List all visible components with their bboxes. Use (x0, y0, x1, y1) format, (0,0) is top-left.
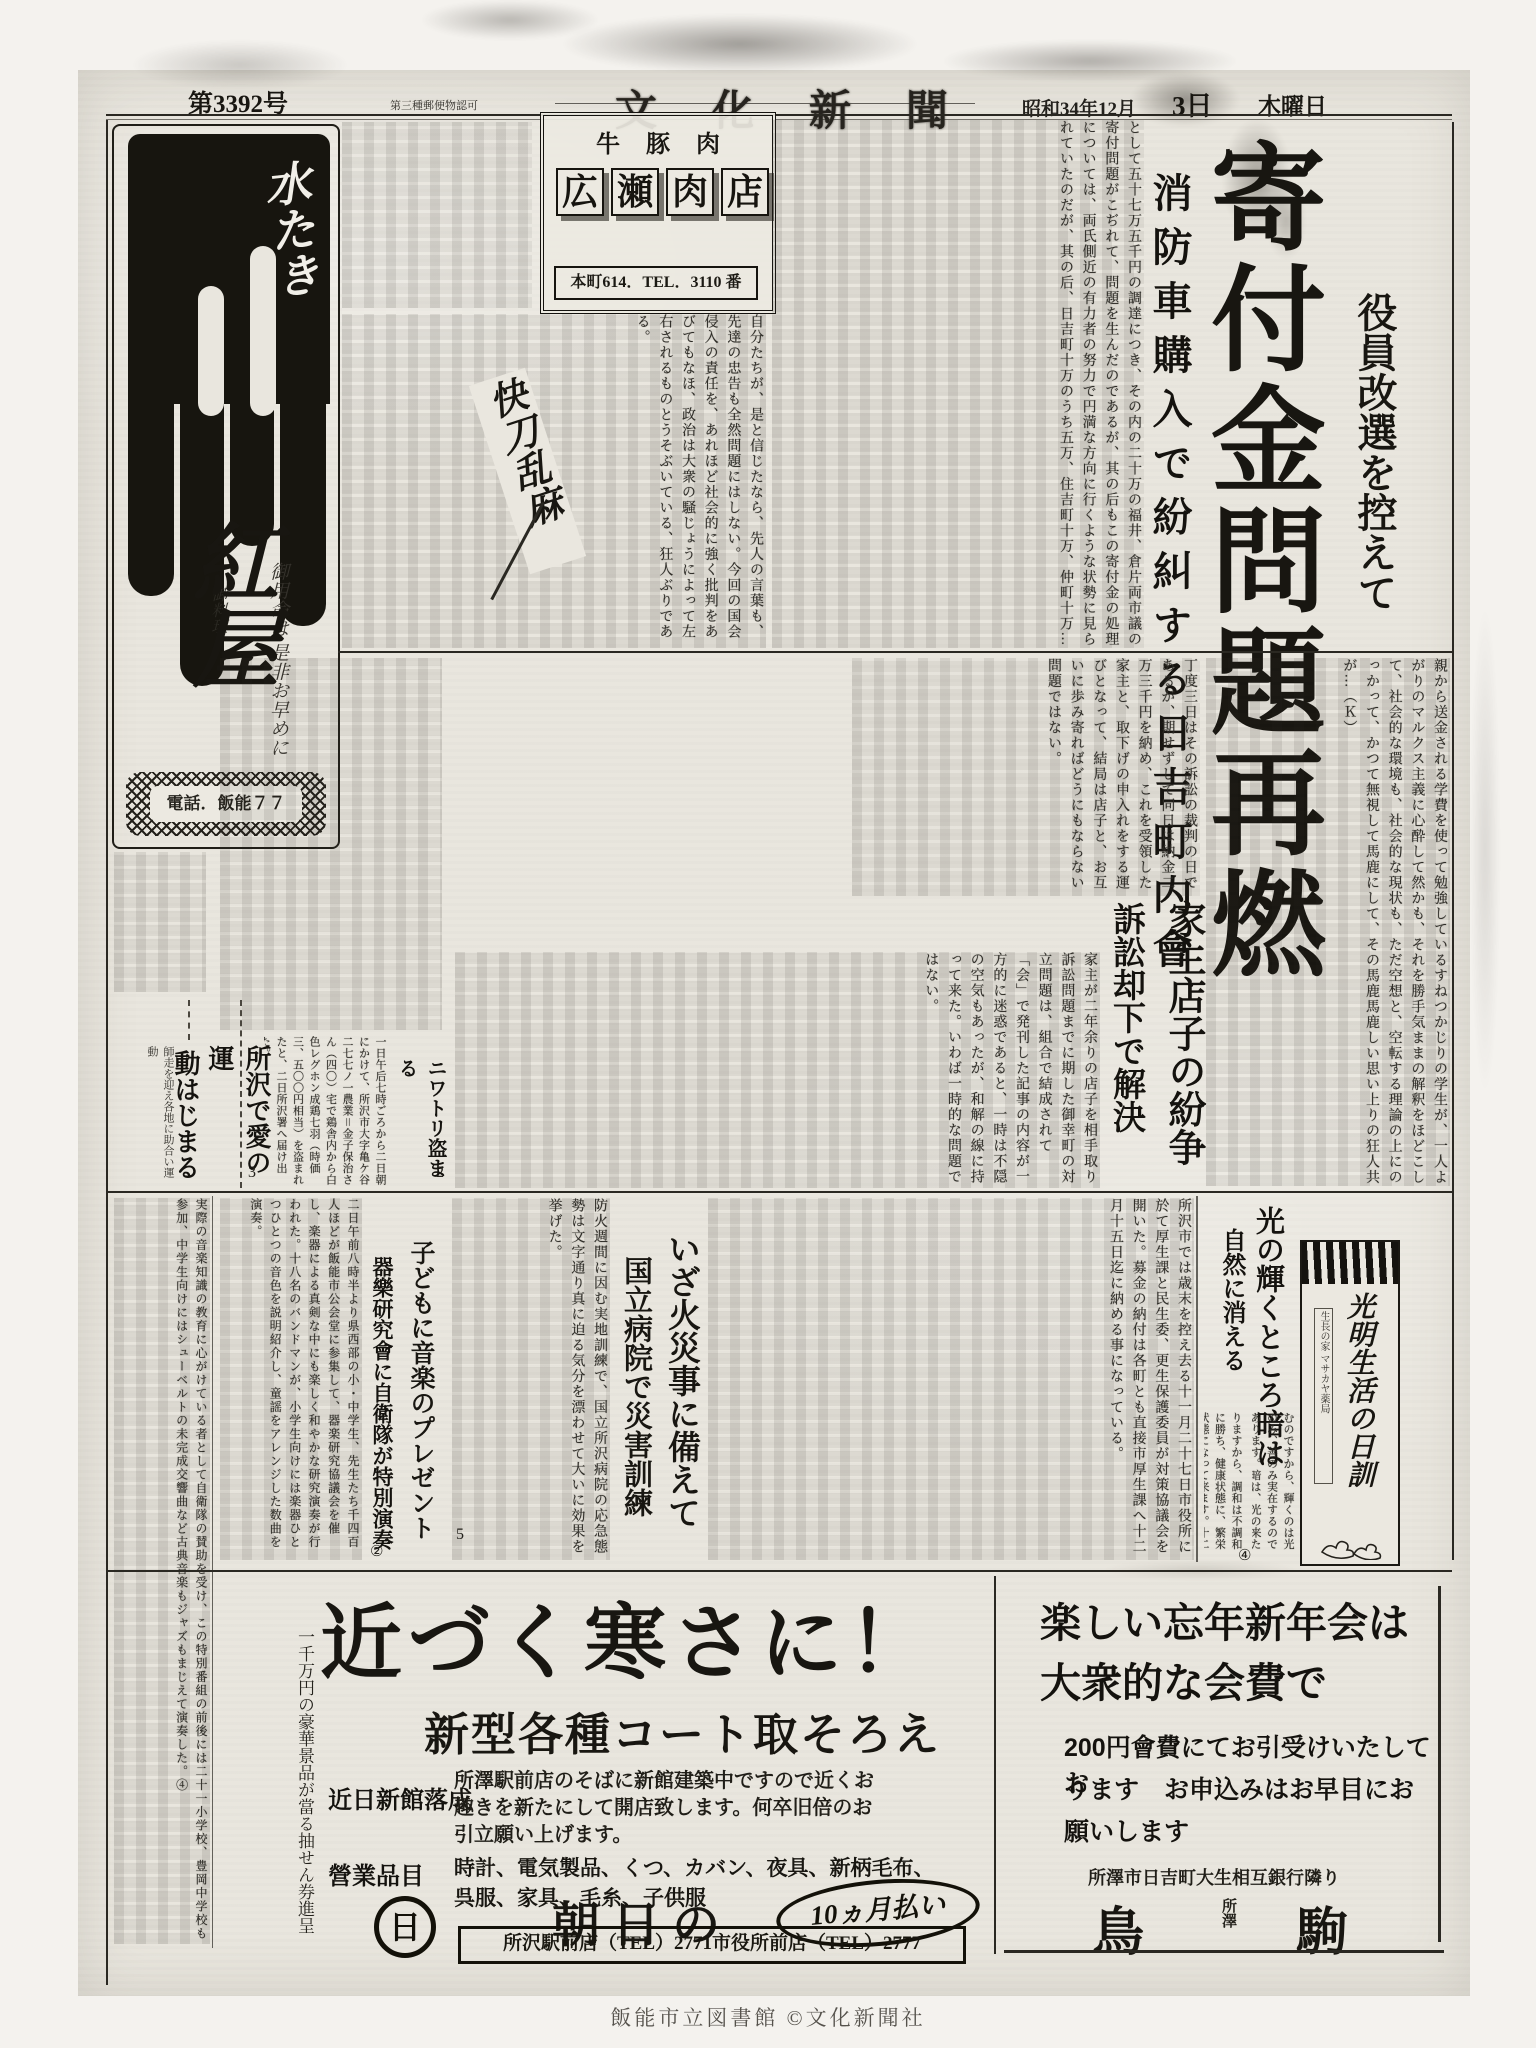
asahi-items-line1: 時計、電気製品、くつ、カバン、夜具、新柄毛布、 (454, 1852, 934, 1882)
hirose-address: 本町614．TEL．3110 番 (554, 266, 758, 300)
aino-column-number: 3 (248, 1164, 256, 1182)
kaji-article-lead: 丁度三日はその訴訟の裁判の日であるが、期せずして同日は納金二万三千円を納め、これ… (852, 658, 1200, 896)
hirose-name: 広瀬肉店 (556, 168, 776, 216)
header-rule (106, 114, 1452, 116)
torikoma-name-right: 駒 (1296, 1890, 1348, 1965)
rule-over-masthead (555, 103, 975, 104)
date-era: 昭和34年12月 (1022, 94, 1136, 121)
asahi-side-note: 一千万円の豪華景品が當る抽せん券進呈 (292, 1628, 317, 1938)
asahi-logo: 日 (374, 1896, 436, 1958)
hikari-body-continued: りますから、調和は不調和に勝ち、健康状態に、繁栄状態になって来ます。十二月一日よ… (1204, 1412, 1244, 1558)
kasai-body: 防火週間に因む実地訓練で、国立所沢病院の応急態勢は文字通り真に迫る気分を漂わせて… (452, 1198, 610, 1560)
aino-dashed-rule (188, 1000, 190, 1040)
unread-text-block (114, 852, 206, 992)
nitikun-ad-title: 光明生活の日訓 (1338, 1292, 1378, 1532)
hirose-name-char: 肉 (666, 168, 714, 216)
asahi-ad: 一千万円の豪華景品が當る抽せん券進呈 近づく寒さに！ 新型各種コート取そろえ 近… (216, 1576, 990, 1960)
editorial-body-continued: 親から送金される学費を使って勉強しているすねつかじりの学生が、一人よがりのマルク… (1206, 658, 1450, 1186)
benya-drip-hole (198, 286, 224, 416)
postal-permit-label: 第三種郵便物認可 (390, 97, 478, 113)
ads-band-rule (106, 1570, 1452, 1572)
asahi-headline: 近づく寒さに！ (320, 1578, 936, 1695)
lead-article-body: として五十七万五千円の調達につき、その内の二十万の福井、倉片両市議の寄付問題がこ… (772, 120, 1144, 648)
ducks-illustration (1314, 1534, 1384, 1560)
niwatori-body: 一日午后七時ごろから二日朝にかけて、所沢市大字亀ケ谷二七七ノ一農業＝金子保治さん… (264, 1036, 388, 1190)
aino-dashed-rule (240, 1000, 242, 1188)
asahi-stores: 所沢駅前店（TEL）2771市役所前店（TEL）2777 (458, 1926, 966, 1964)
scan-smudge (1470, 600, 1500, 1100)
hikari-section-mark: ④ (1238, 1546, 1251, 1565)
kasai-subhead: 国立病院で災害訓練 (616, 1256, 657, 1556)
hirose-name-char: 瀬 (611, 168, 659, 216)
torikoma-right-border (1438, 1586, 1441, 1942)
hikari-subhead: 自然に消える (1214, 1228, 1249, 1400)
lead-kicker: 役員改選を控えて (1346, 292, 1403, 702)
left-frame-rule (106, 120, 108, 1985)
niwatori-column-number: 2 (436, 1164, 444, 1182)
unread-text-block (342, 122, 532, 308)
kasai-column-number: 5 (456, 1526, 464, 1544)
library-stamp-footer: 飯能市立図書館 ©文化新聞社 (0, 2002, 1536, 2032)
kaji-subhead: 訴訟却下で解決 (1104, 902, 1151, 1184)
newspaper-scan-page: 第3392号 第三種郵便物認可 文化新聞 昭和34年12月 3日 木曜日 水たき… (0, 0, 1536, 2048)
asahi-label-opening: 近日新館落成 (328, 1780, 472, 1815)
torikoma-address: 所澤市日吉町大生相互銀行隣り (1088, 1864, 1340, 1890)
torikoma-headline-line1: 楽しい忘年新年会は (1040, 1590, 1409, 1649)
torikoma-name-left: 鳥 (1092, 1890, 1144, 1965)
kodomo-headline: 子どもに音楽のプレゼント (402, 1240, 438, 1570)
scan-smudge (560, 14, 920, 74)
kodomo-body: 二日午前八時半より県西部の小・中学生、先生たち千四百人ほどが飯能市公会堂に参集し… (220, 1198, 362, 1560)
kasai-headline: いざ火災事に備えて (658, 1232, 705, 1562)
kaji-article-body: 家主が二年余りの店子を相手取り訴訟問題までに期した御幸町の対立問題は、組合で結成… (455, 952, 1100, 1188)
weekday: 木曜日 (1258, 88, 1327, 121)
torikoma-body-line2: ります お申込みはお早目にお (1064, 1770, 1414, 1806)
torikoma-bottom-border (1004, 1950, 1444, 1953)
hikari-body: むのですから、輝くのは光のみ、善のみ実在するのであります。暗は、光の来たると同時… (1252, 1412, 1296, 1558)
nitikun-ad-subtitle: 生長の家 マサカヤ薬局 (1314, 1308, 1333, 1484)
right-frame-rule (1452, 122, 1454, 1560)
asahi-label-items: 營業品目 (328, 1856, 424, 1891)
hirose-ad: 牛豚肉 広瀬肉店 本町614．TEL．3110 番 (540, 112, 776, 314)
asahi-opening-text: 所澤駅前店のそばに新館建築中ですので近くお趣きを新たにして開店致します。何卒旧倍… (454, 1768, 892, 1849)
kodomo-section-mark: ② (370, 1542, 383, 1561)
section-rule-lower (106, 1191, 1452, 1193)
scan-smudge (130, 40, 350, 90)
scan-smudge (420, 0, 600, 40)
hirose-name-char: 店 (721, 168, 769, 216)
kaji-headline: 家主店子の紛争 (1156, 900, 1211, 1188)
section-rule-mid (338, 651, 1452, 653)
nitikun-ad: 光明生活の日訓 生長の家 マサカヤ薬局 (1300, 1240, 1400, 1566)
ads-divider-rule (994, 1576, 996, 1954)
torikoma-body-line3: 願いします (1064, 1812, 1189, 1848)
date-day: 3日 (1172, 84, 1213, 123)
column-rule (1196, 1196, 1198, 1562)
torikoma-name-location: 所澤 (1218, 1898, 1239, 1944)
asahi-subhead: 新型各種コート取そろえ (424, 1698, 941, 1763)
unread-text-block (220, 658, 442, 1030)
hirose-name-char: 広 (556, 168, 604, 216)
aino-kicker: 師走を迎え各地に助合い運動 (144, 1046, 176, 1188)
kodomo-subhead: 器樂研究會に自衛隊が特別演奏 (366, 1256, 396, 1568)
torikoma-ad: 楽しい忘年新年会は 大衆的な会費で 200円會費にてお引受けいたしてお ります … (1004, 1576, 1450, 1956)
torikoma-headline-line2: 大衆的な会費で (1040, 1650, 1327, 1709)
nitikun-ad-zigzag-border (1302, 1242, 1398, 1284)
hirose-product-label: 牛豚肉 (544, 124, 772, 159)
aino-article-body: 所沢市では歳末を控え去る十一月二十七日市役所に於て厚生課と民生委、更生保護委員が… (708, 1198, 1194, 1560)
column-rule (212, 1196, 213, 1948)
